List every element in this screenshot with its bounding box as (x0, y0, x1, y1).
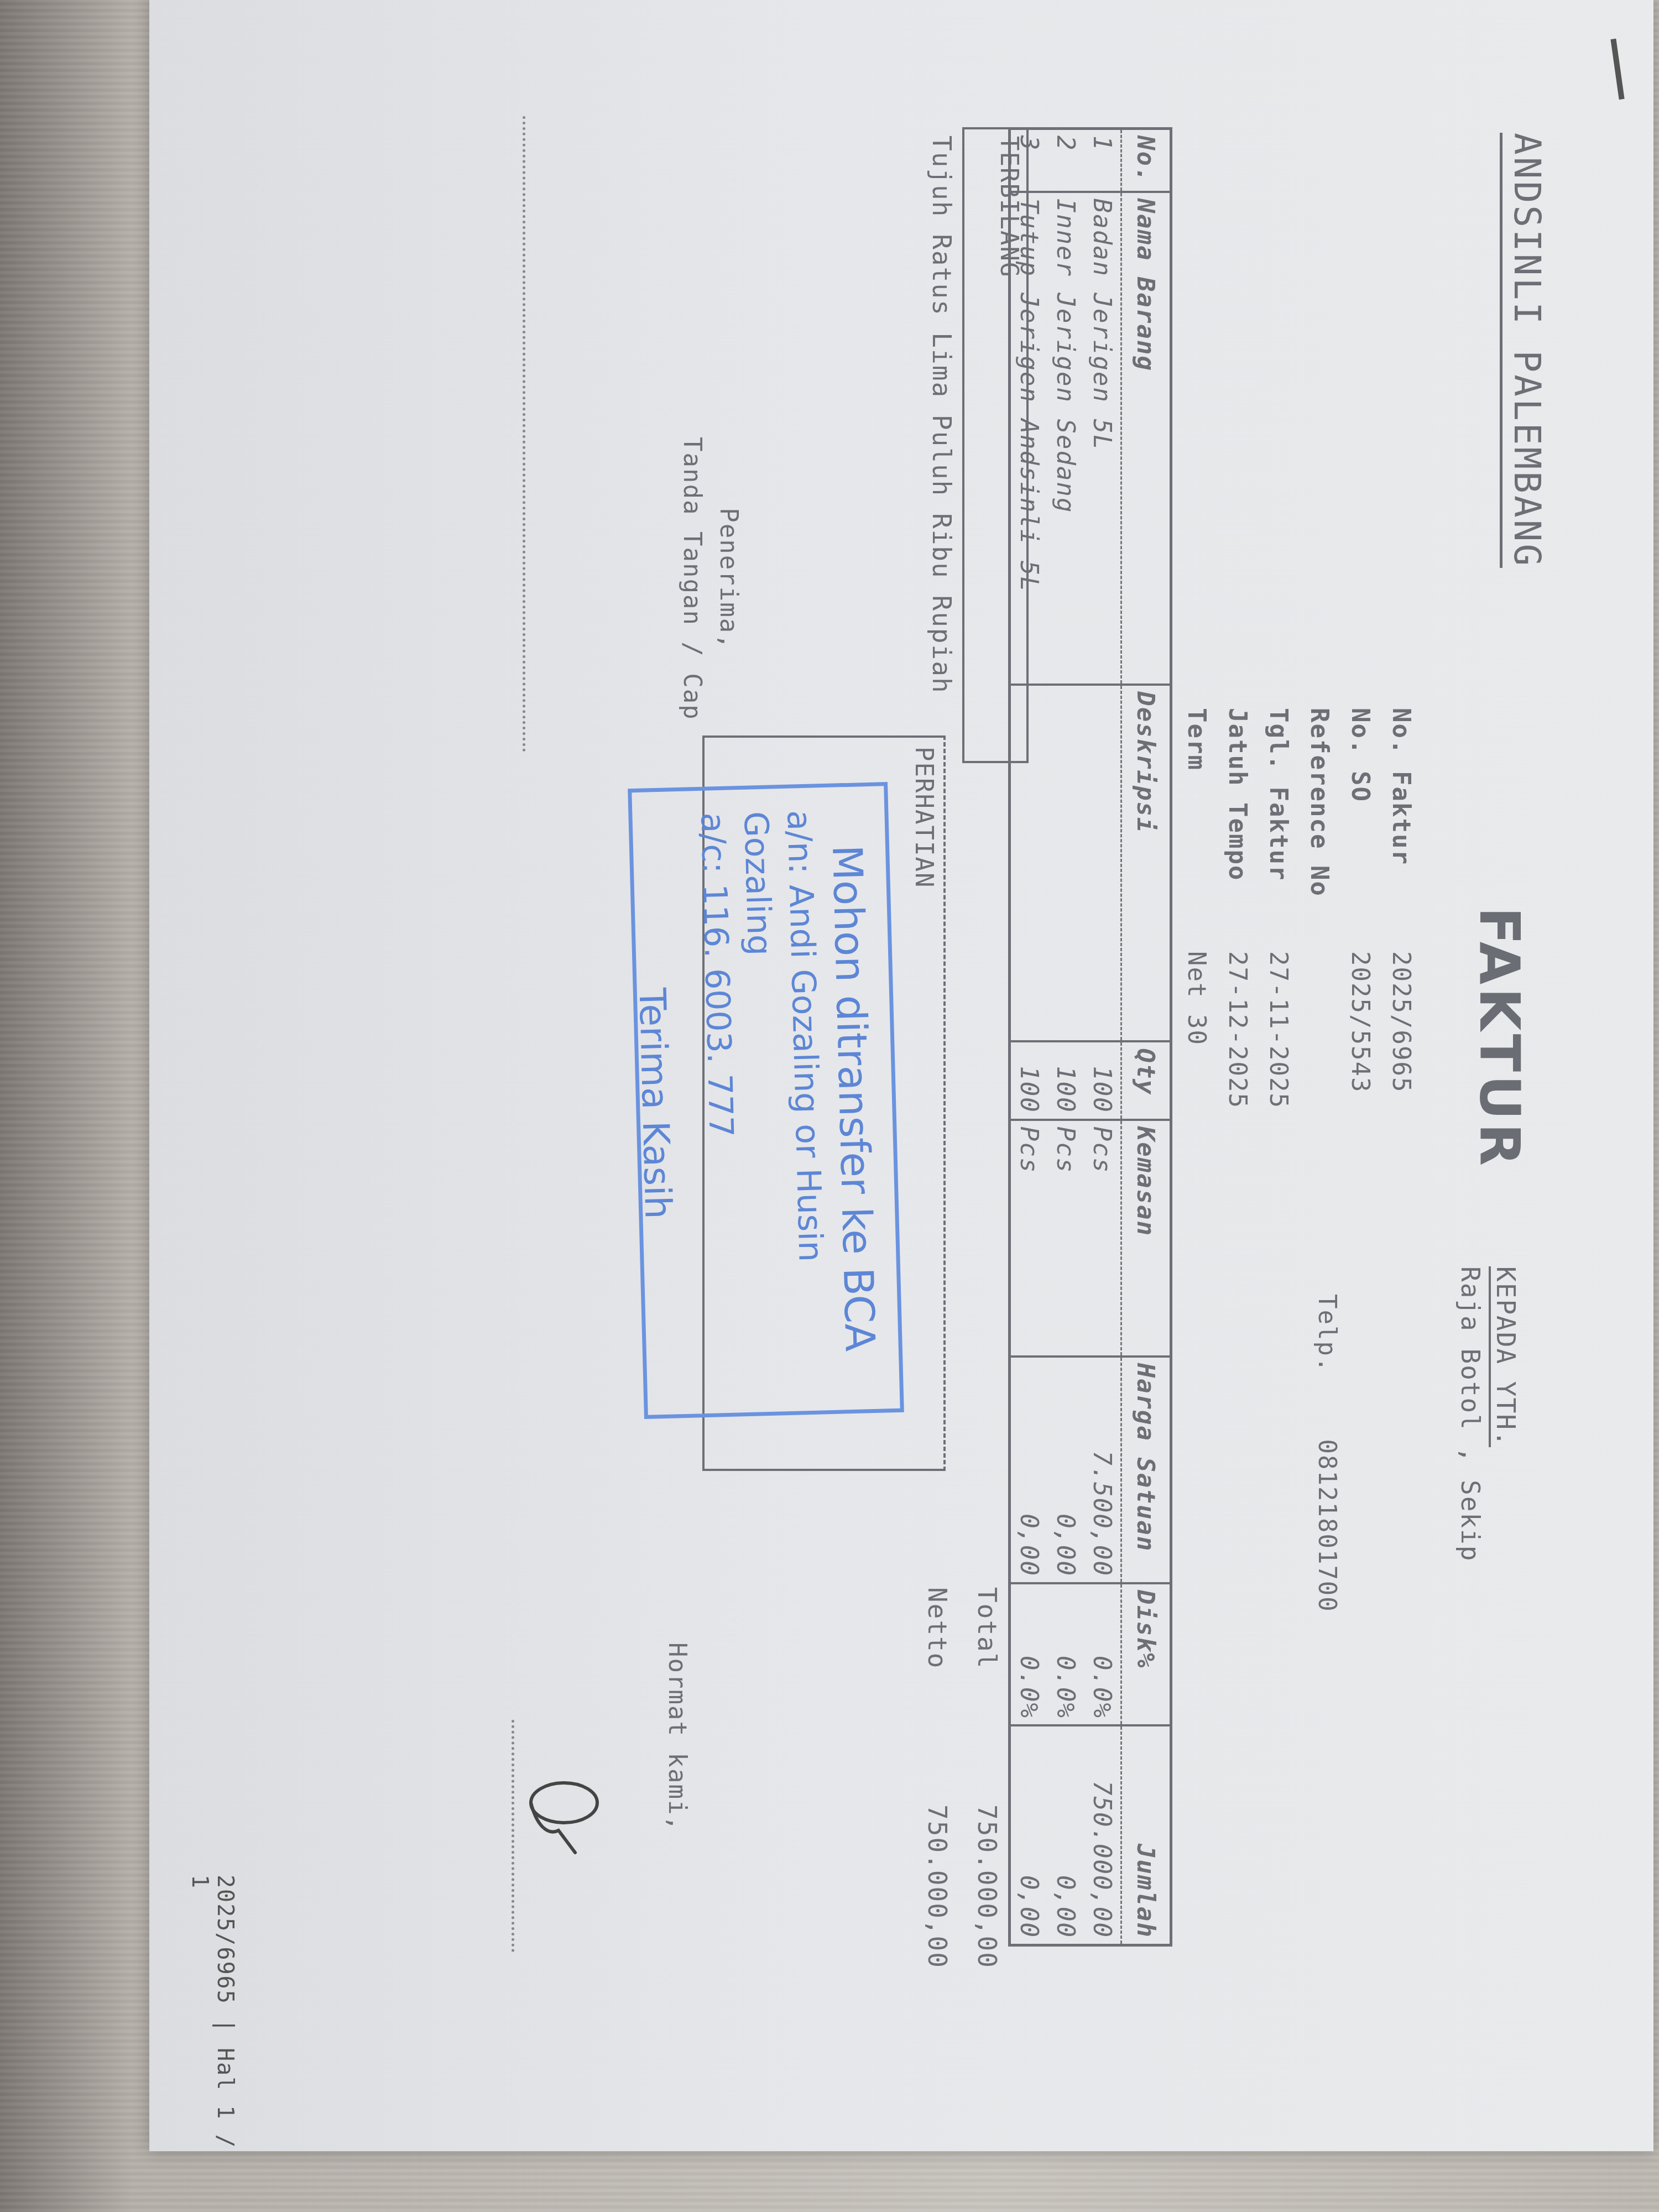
items-table: No. Nama Barang Deskripsi Qty Kemasan Ha… (1008, 127, 1172, 1947)
phone-value: 08121801700 (1313, 1439, 1341, 1612)
table-row: 1Badan Jerigen 5L100Pcs7.500,000.0%750.0… (1084, 129, 1121, 1945)
col-amount: Jumlah (1121, 1725, 1171, 1945)
item-amount: 0,00 (1047, 1725, 1084, 1945)
meta-row: TermNet 30 (1176, 708, 1217, 1228)
meta-label: No. Faktur (1380, 708, 1421, 951)
meta-row: Tgl. Faktur27-11-2025 (1258, 708, 1298, 1228)
meta-label: No. SO (1339, 708, 1380, 951)
item-price: 0,00 (1010, 1357, 1048, 1583)
terbilang-text: Tujuh Ratus Lima Puluh Ribu Rupiah (927, 135, 957, 694)
meta-label: Tgl. Faktur (1258, 708, 1298, 951)
receiver-label: Penerima, (710, 437, 747, 721)
page-footer: 2025/6965 | Hal 1 / 1 (187, 1875, 238, 2151)
phone-label: Telp. (1313, 1294, 1341, 1373)
item-no: 1 (1084, 129, 1121, 192)
recipient-label: KEPADA YTH. (1489, 1266, 1521, 1447)
total-value: 750.000,00 (962, 1770, 1012, 1969)
meta-label: Term (1176, 708, 1217, 951)
receiver-signature-line (523, 116, 531, 752)
table-header-row: No. Nama Barang Deskripsi Qty Kemasan Ha… (1121, 129, 1171, 1945)
bank-transfer-stamp: Mohon ditransfer ke BCA a/n: Andi Gozali… (628, 782, 904, 1419)
stamp-line-4: Terima Kasih (626, 808, 684, 1399)
recipient-phone: Telp. 08121801700 (1313, 1294, 1341, 1613)
meta-row: No. Faktur2025/6965 (1380, 708, 1421, 1228)
terbilang-box: TERBILANG (962, 127, 1029, 763)
meta-value: 2025/6965 (1380, 951, 1421, 1228)
table-row: 2Inner Jerigen Sedang100Pcs0,000.0%0,00 (1047, 129, 1084, 1945)
item-name: Badan Jerigen 5L (1084, 192, 1121, 685)
item-description (1084, 685, 1121, 1041)
stamp-line-2: a/n: Andi Gozaling or Husin Gozaling (734, 804, 836, 1396)
receiver-signature-block: Penerima, Tanda Tangan / Cap (674, 437, 747, 721)
item-discount: 0.0% (1010, 1583, 1048, 1725)
item-amount: 750.000,00 (1084, 1725, 1121, 1945)
terbilang-label: TERBILANG (993, 136, 1023, 754)
invoice-meta: No. Faktur2025/6965 No. SO2025/5543 Refe… (1176, 708, 1421, 1228)
item-name: Inner Jerigen Sedang (1047, 192, 1084, 685)
item-unit: Pcs (1047, 1120, 1084, 1357)
col-unit: Kemasan (1121, 1120, 1171, 1357)
item-qty: 100 (1084, 1041, 1121, 1119)
handwritten-signature-icon (514, 1764, 625, 1875)
col-no: No. (1121, 129, 1171, 192)
col-disc: Disk% (1121, 1583, 1171, 1725)
meta-value (1298, 951, 1339, 1228)
totals-block: Total750.000,00 Netto750.000,00 (912, 1587, 1012, 1969)
meta-label: Reference No (1298, 708, 1339, 951)
netto-value: 750.000,00 (912, 1770, 962, 1969)
item-discount: 0.0% (1084, 1583, 1121, 1725)
item-unit: Pcs (1084, 1120, 1121, 1357)
meta-value: 2025/5543 (1339, 951, 1380, 1228)
receiver-sublabel: Tanda Tangan / Cap (674, 437, 710, 721)
item-price: 0,00 (1047, 1357, 1084, 1583)
sender-signature-label: Hormat kami, (663, 1642, 691, 1832)
company-name: ANDSINLI PALEMBANG (1500, 133, 1548, 568)
col-desc: Deskripsi (1121, 685, 1171, 1041)
item-price: 7.500,00 (1084, 1357, 1121, 1583)
item-description (1047, 685, 1084, 1041)
item-unit: Pcs (1010, 1120, 1048, 1357)
meta-row: Reference No (1298, 708, 1339, 1228)
perhatian-label: PERHATIAN (910, 747, 938, 1460)
item-discount: 0.0% (1047, 1583, 1084, 1725)
total-label: Total (962, 1587, 1012, 1770)
total-row: Total750.000,00 (962, 1587, 1012, 1969)
meta-row: No. SO2025/5543 (1339, 708, 1380, 1228)
meta-value: 27-12-2025 (1217, 951, 1258, 1228)
meta-label: Jatuh Tempo (1217, 708, 1258, 951)
item-no: 2 (1047, 129, 1084, 192)
col-name: Nama Barang (1121, 192, 1171, 685)
invoice-paper: ANDSINLI PALEMBANG FAKTUR KEPADA YTH. Ra… (149, 0, 1653, 2151)
col-qty: Qty (1121, 1041, 1171, 1119)
col-price: Harga Satuan (1121, 1357, 1171, 1583)
item-qty: 100 (1010, 1041, 1048, 1119)
netto-label: Netto (912, 1587, 962, 1770)
meta-row: Jatuh Tempo27-12-2025 (1217, 708, 1258, 1228)
recipient-address: Raja Botol , Sekip (1455, 1266, 1485, 1562)
netto-row: Netto750.000,00 (912, 1587, 962, 1969)
item-qty: 100 (1047, 1041, 1084, 1119)
paper-mark (1610, 39, 1624, 100)
document-title: FAKTUR (1467, 907, 1532, 1169)
meta-value: Net 30 (1176, 951, 1217, 1228)
recipient-block: KEPADA YTH. Raja Botol , Sekip (1455, 1266, 1521, 1562)
item-amount: 0,00 (1010, 1725, 1048, 1945)
meta-value: 27-11-2025 (1258, 951, 1298, 1228)
